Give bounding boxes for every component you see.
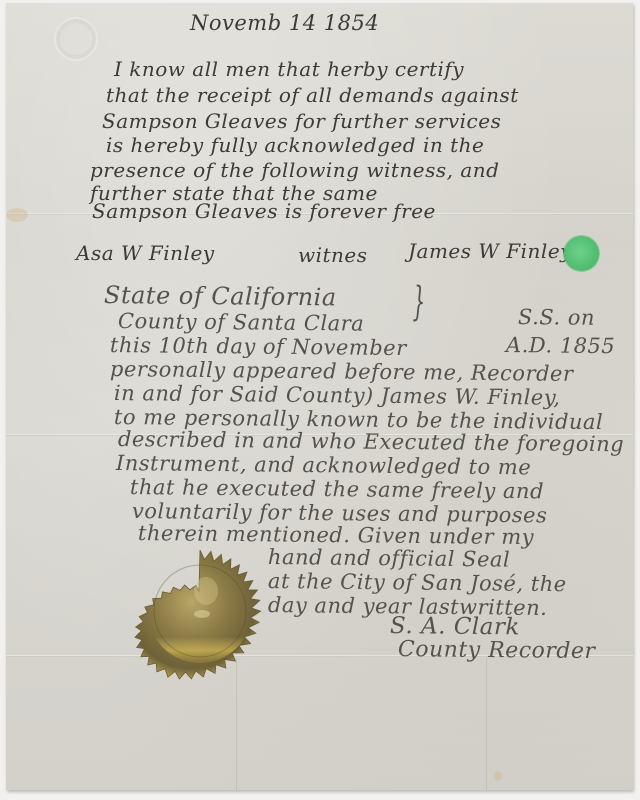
- crease-line: [486, 658, 487, 790]
- acknowledgment-year: A.D. 1855: [506, 333, 615, 358]
- gold-notary-seal-icon: [124, 536, 276, 686]
- manumission-line-3: Sampson Gleaves for further services: [102, 109, 501, 133]
- acknowledgment-line-13: at the City of San José, the: [268, 569, 567, 596]
- embossed-stamp-mark: [54, 17, 98, 61]
- witness-label: witnes: [298, 243, 368, 267]
- manumission-line-5: presence of the following witness, and: [90, 158, 499, 182]
- acknowledgment-line-12: hand and official Seal: [268, 545, 510, 572]
- paper-stain: [6, 208, 28, 222]
- green-seal-icon: [564, 236, 599, 271]
- acknowledgment-line-3: this 10th day of November: [110, 333, 407, 360]
- manumission-line-4: is hereby fully acknowledged in the: [106, 133, 484, 157]
- manumission-line-1: I know all men that herby certify: [114, 57, 464, 81]
- document-page: Novemb 14 1854 I know all men that herby…: [6, 3, 633, 790]
- paper-stain: [494, 771, 502, 781]
- ss-on-text: S.S. on: [518, 305, 595, 330]
- manumission-line-2: that the receipt of all demands against: [106, 83, 519, 107]
- witness-name: Asa W Finley: [76, 241, 215, 265]
- acknowledgment-state: State of California: [104, 281, 337, 311]
- signer-name: James W Finley: [408, 239, 572, 263]
- recorder-title: County Recorder: [398, 637, 596, 664]
- date-line: Novemb 14 1854: [190, 11, 379, 35]
- acknowledgment-county: County of Santa Clara: [118, 309, 365, 336]
- brace-mark: }: [412, 279, 425, 325]
- manumission-line-7: Sampson Gleaves is forever free: [92, 199, 436, 223]
